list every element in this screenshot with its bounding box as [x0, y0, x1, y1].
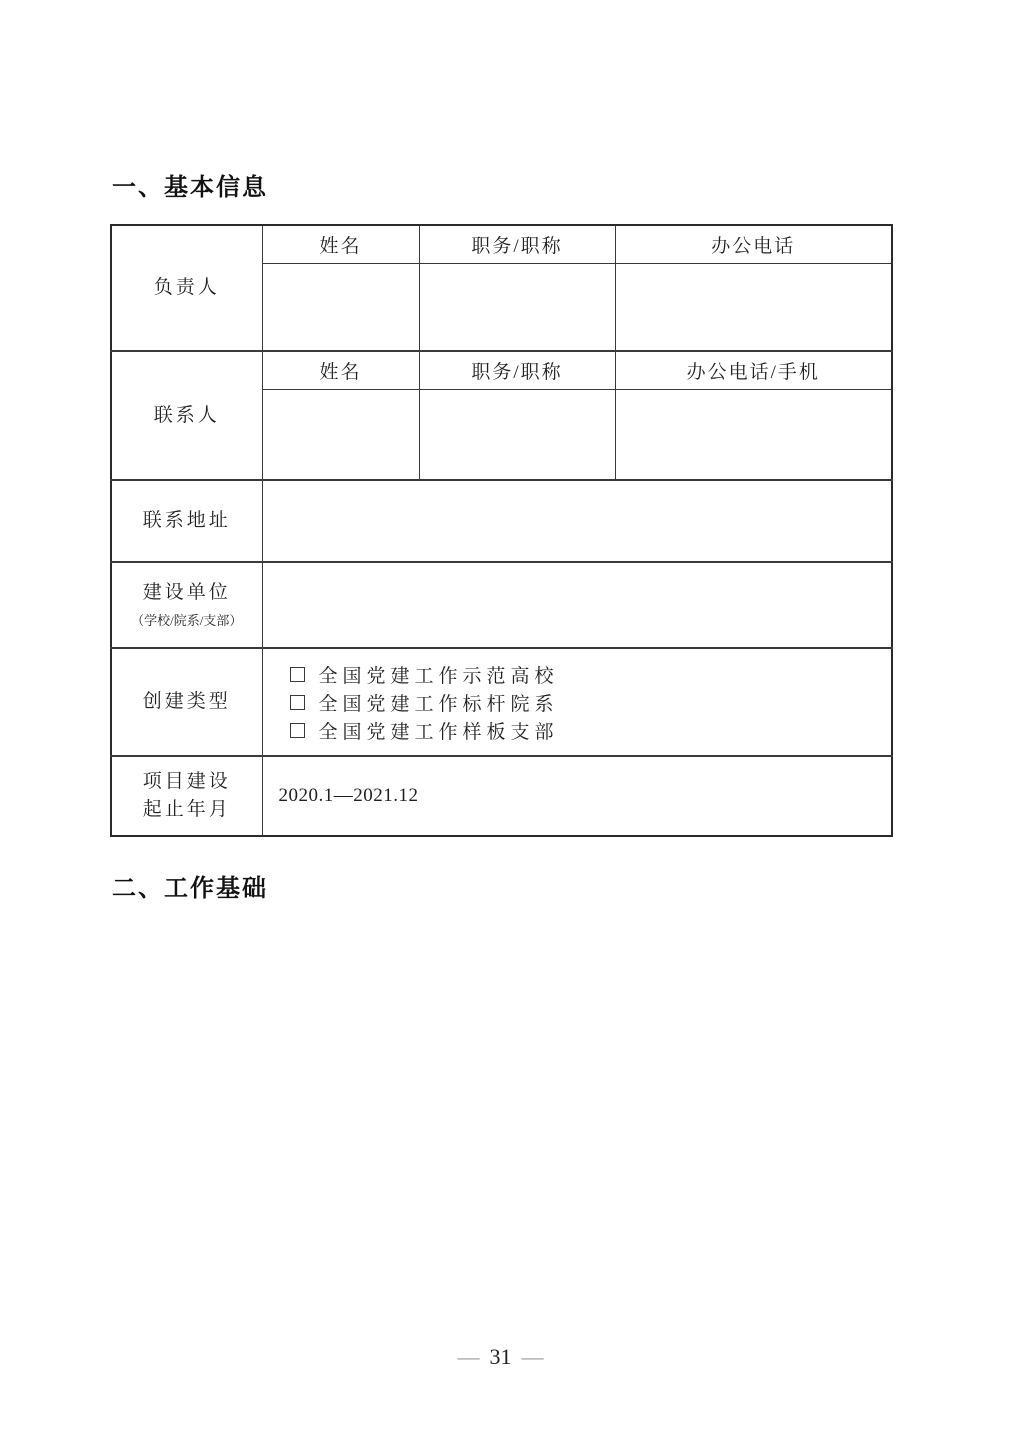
row-label-creation-type: 创建类型: [111, 648, 262, 756]
contact-header-name: 姓名: [262, 351, 419, 389]
document-page: 一、基本信息 负责人 姓名 职务/职称 办公电话 联系人 姓名 职务/职称 办公…: [0, 0, 1024, 1447]
section-title-basic-info: 一、基本信息: [112, 167, 268, 202]
contact-title-field[interactable]: [419, 389, 615, 480]
row-label-responsible: 负责人: [111, 225, 262, 351]
responsible-header-title: 职务/职称: [419, 225, 615, 263]
page-number-dash-right: —: [512, 1344, 554, 1369]
unit-label-sub: （学校/院系/支部）: [112, 612, 262, 631]
project-period-label-line2: 起止年月: [112, 796, 262, 824]
checkbox-icon[interactable]: [290, 667, 305, 682]
responsible-name-field[interactable]: [262, 263, 419, 351]
checkbox-icon[interactable]: [290, 723, 305, 738]
row-label-address: 联系地址: [111, 480, 262, 562]
checkbox-icon[interactable]: [290, 695, 305, 710]
creation-type-option-label: 全国党建工作样板支部: [319, 717, 559, 744]
creation-type-option-demo-university[interactable]: 全国党建工作示范高校: [290, 660, 892, 688]
contact-name-field[interactable]: [262, 389, 419, 480]
contact-header-phone: 办公电话/手机: [615, 351, 892, 389]
section-title-work-foundation: 二、工作基础: [112, 868, 268, 903]
creation-type-option-benchmark-department[interactable]: 全国党建工作标杆院系: [290, 688, 892, 716]
contact-phone-field[interactable]: [615, 389, 892, 480]
unit-label-main: 建设单位: [112, 579, 262, 607]
page-number-dash-left: —: [448, 1344, 490, 1369]
basic-info-table: 负责人 姓名 职务/职称 办公电话 联系人 姓名 职务/职称 办公电话/手机 联…: [110, 224, 893, 837]
address-field[interactable]: [262, 480, 892, 562]
page-number: —31—: [110, 1344, 891, 1370]
creation-type-options: 全国党建工作示范高校 全国党建工作标杆院系 全国党建工作样板支部: [262, 648, 892, 756]
row-label-project-period: 项目建设 起止年月: [111, 756, 262, 836]
responsible-phone-field[interactable]: [615, 263, 892, 351]
contact-header-title: 职务/职称: [419, 351, 615, 389]
unit-field[interactable]: [262, 562, 892, 648]
project-period-label-line1: 项目建设: [112, 768, 262, 796]
creation-type-option-label: 全国党建工作标杆院系: [319, 689, 559, 716]
responsible-header-name: 姓名: [262, 225, 419, 263]
project-period-value: 2020.1—2021.12: [262, 756, 892, 836]
creation-type-option-model-branch[interactable]: 全国党建工作样板支部: [290, 716, 892, 744]
row-label-unit: 建设单位 （学校/院系/支部）: [111, 562, 262, 648]
responsible-title-field[interactable]: [419, 263, 615, 351]
creation-type-option-label: 全国党建工作示范高校: [319, 661, 559, 688]
responsible-header-phone: 办公电话: [615, 225, 892, 263]
row-label-contact: 联系人: [111, 351, 262, 480]
page-number-value: 31: [490, 1344, 512, 1369]
